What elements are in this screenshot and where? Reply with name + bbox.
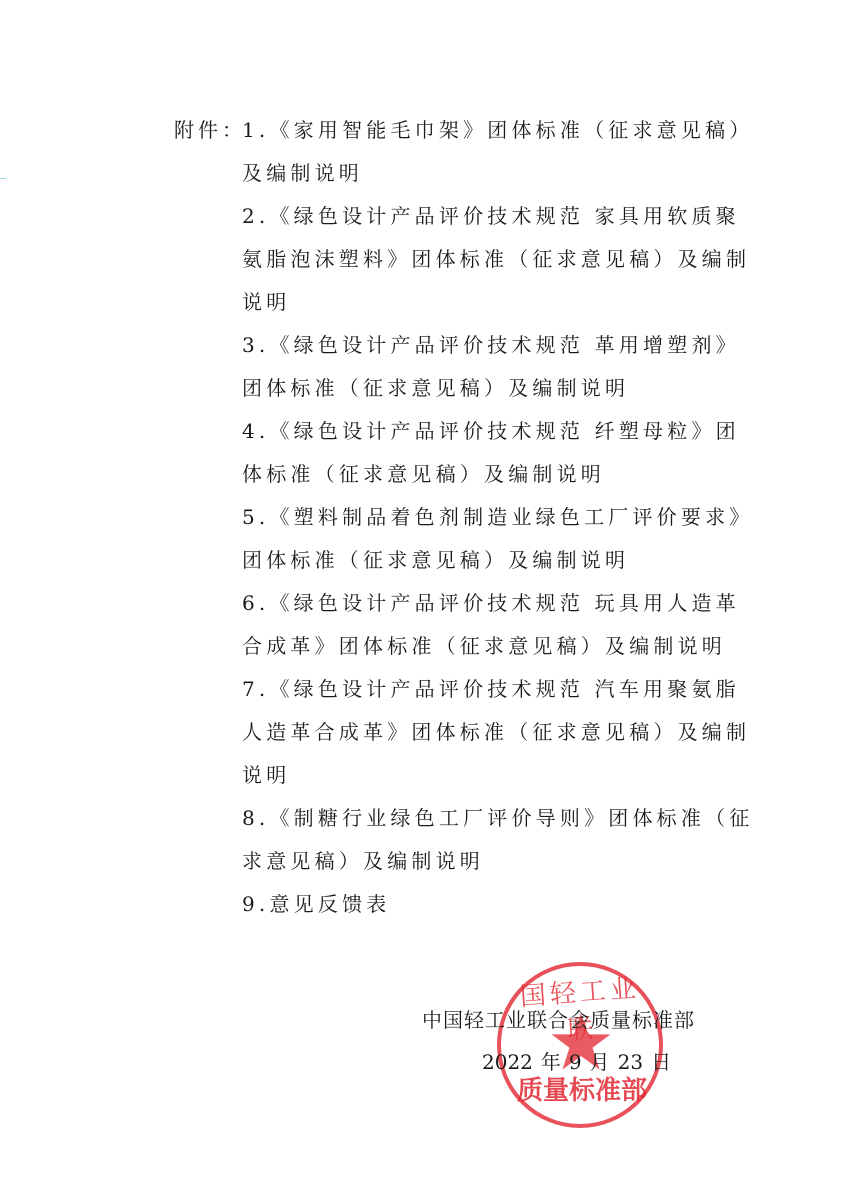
attachment-6-line-1: 6.《绿色设计产品评价技术规范 玩具用人造革 — [242, 587, 722, 630]
date-month-unit: 月 — [590, 1050, 610, 1074]
official-seal: 国轻工业联 质量标准部 — [497, 962, 663, 1128]
attachment-label: 附件： — [174, 114, 246, 146]
attachment-7-line-2: 人造革合成革》团体标准（征求意见稿）及编制 — [242, 716, 722, 759]
attachment-3-line-2: 团体标准（征求意见稿）及编制说明 — [242, 372, 722, 415]
document-page: 附件： 1.《家用智能毛巾架》团体标准（征求意见稿） 及编制说明 2.《绿色设计… — [0, 0, 848, 1200]
date-day: 23 — [618, 1050, 643, 1074]
date-year-unit: 年 — [541, 1050, 561, 1074]
attachment-3-line-1: 3.《绿色设计产品评价技术规范 革用增塑剂》 — [242, 329, 722, 372]
margin-mark — [0, 178, 6, 179]
attachment-9-line-1: 9.意见反馈表 — [242, 888, 722, 931]
attachment-2-line-3: 说明 — [242, 286, 722, 329]
attachment-8-line-2: 求意见稿）及编制说明 — [242, 845, 722, 888]
attachment-4-line-2: 体标准（征求意见稿）及编制说明 — [242, 458, 722, 501]
attachment-1-line-1: 1.《家用智能毛巾架》团体标准（征求意见稿） — [242, 114, 722, 157]
attachment-7-line-3: 说明 — [242, 759, 722, 802]
attachment-7-line-1: 7.《绿色设计产品评价技术规范 汽车用聚氨脂 — [242, 673, 722, 716]
attachment-5-line-1: 5.《塑料制品着色剂制造业绿色工厂评价要求》 — [242, 501, 722, 544]
date-month: 9 — [569, 1050, 582, 1074]
date-day-unit: 日 — [651, 1050, 671, 1074]
signature-organization: 中国轻工业联合会质量标准部 — [422, 1004, 695, 1036]
attachment-list: 1.《家用智能毛巾架》团体标准（征求意见稿） 及编制说明 2.《绿色设计产品评价… — [242, 114, 722, 931]
attachment-6-line-2: 合成革》团体标准（征求意见稿）及编制说明 — [242, 630, 722, 673]
signature-date: 2022年9月23日 — [478, 1046, 675, 1078]
attachment-8-line-1: 8.《制糖行业绿色工厂评价导则》团体标准（征 — [242, 802, 722, 845]
date-year: 2022 — [482, 1050, 533, 1074]
attachment-4-line-1: 4.《绿色设计产品评价技术规范 纤塑母粒》团 — [242, 415, 722, 458]
attachment-2-line-2: 氨脂泡沫塑料》团体标准（征求意见稿）及编制 — [242, 243, 722, 286]
attachment-2-line-1: 2.《绿色设计产品评价技术规范 家具用软质聚 — [242, 200, 722, 243]
attachment-1-line-2: 及编制说明 — [242, 157, 722, 200]
attachment-5-line-2: 团体标准（征求意见稿）及编制说明 — [242, 544, 722, 587]
